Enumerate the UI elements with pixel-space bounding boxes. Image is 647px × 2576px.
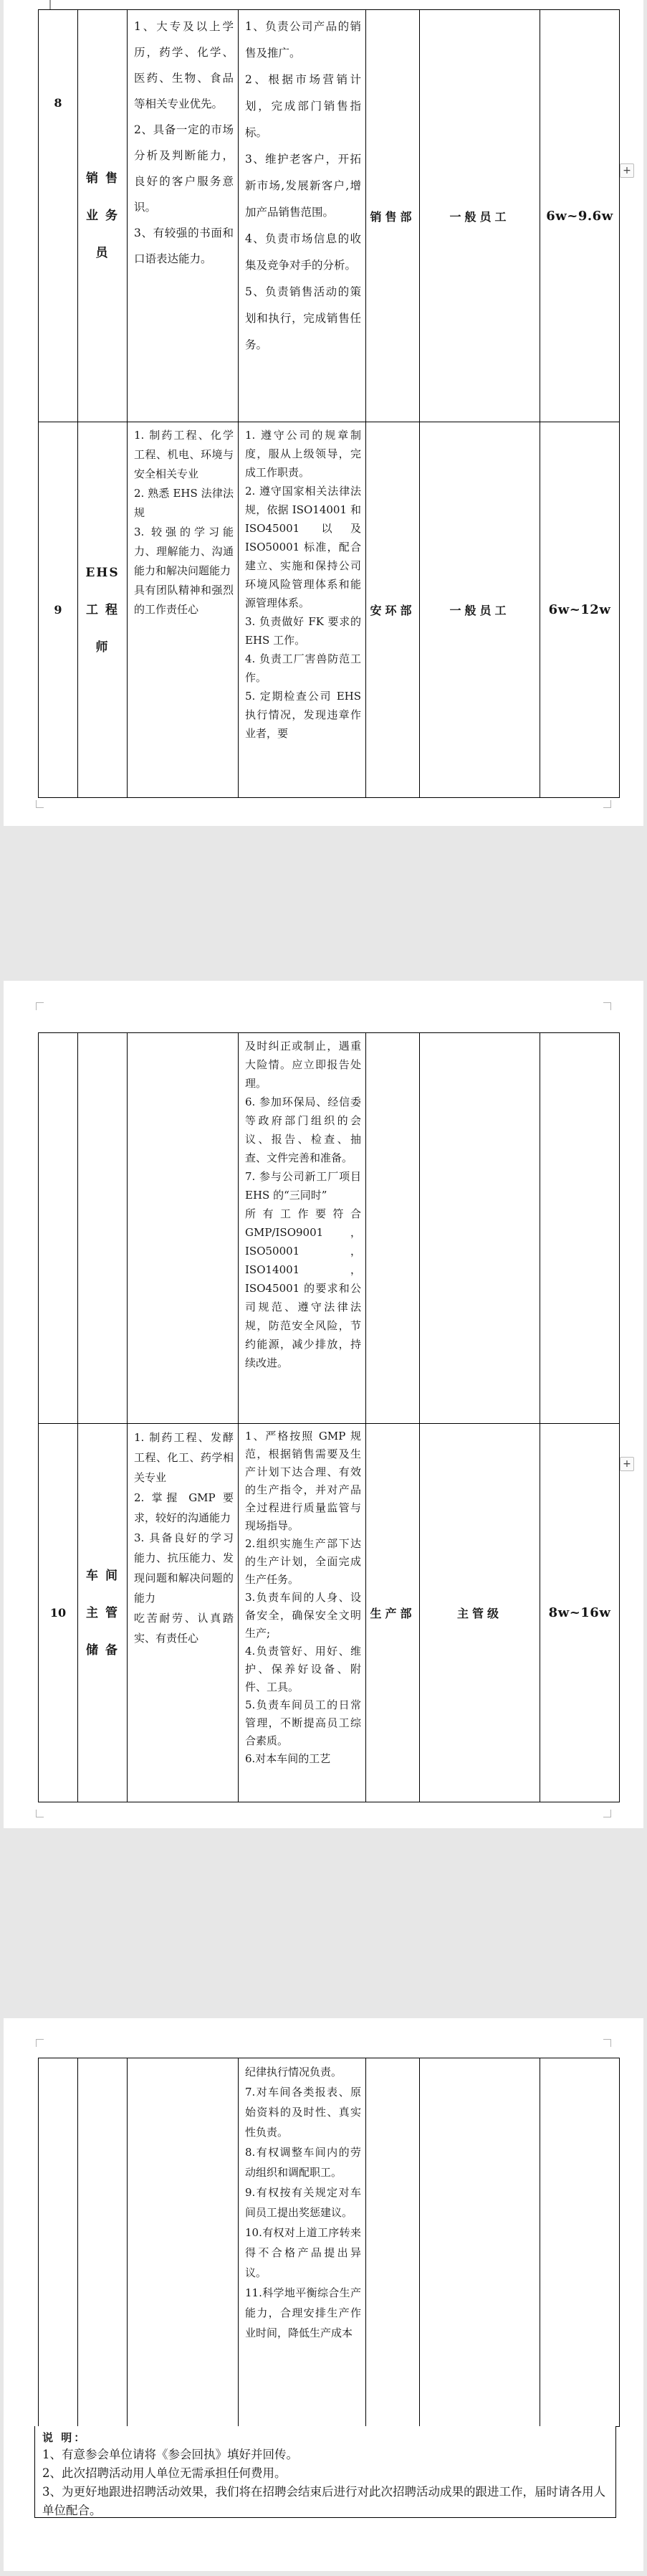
recruitment-table-page3: 纪律执行情况负责。 7.对车间各类报表、原始资料的及时性、真实性负责。 8.有权… bbox=[38, 2058, 620, 2427]
row10-position-cell: 车 间 主 管 储 备 bbox=[78, 1424, 128, 1802]
row9-department-cell: 安环部 bbox=[366, 422, 420, 797]
row9-duties-cell-page1: 1. 遵守公司的规章制度，服从上级领导，完成工作职责。 2. 遵守国家相关法律法… bbox=[239, 422, 366, 797]
notes-section: 说 明： 1、有意参会单位请将《参会回执》填好并回传。 2、此次招聘活动用人单位… bbox=[34, 2426, 616, 2518]
row8-duties-cell: 1、负责公司产品的销售及推广。 2、根据市场营销计划，完成部门销售指标。 3、维… bbox=[239, 10, 366, 422]
crop-mark bbox=[603, 1810, 611, 1817]
row10cont-department-cell bbox=[366, 2058, 420, 2426]
row9-duties-cell-page2: 及时纠正或制止，遇重大险情。应立即报告处理。 6. 参加环保局、经信委等政府部门… bbox=[239, 1033, 366, 1424]
row10-requirements-cell: 1. 制药工程、发酵工程、化工、药学相关专业 2. 掌握 GMP 要求，较好的沟… bbox=[128, 1424, 239, 1802]
row8-salary-cell: 6w~9.6w bbox=[540, 10, 619, 422]
row10cont-position-cell bbox=[78, 2058, 128, 2426]
page-gap bbox=[0, 2571, 647, 2576]
row8-number-cell: 8 bbox=[39, 10, 78, 422]
row9cont-department-cell bbox=[366, 1033, 420, 1424]
crop-mark bbox=[36, 1002, 44, 1010]
page-2: 及时纠正或制止，遇重大险情。应立即报告处理。 6. 参加环保局、经信委等政府部门… bbox=[4, 981, 643, 1828]
row9cont-requirements-cell bbox=[128, 1033, 239, 1424]
plus-button[interactable]: + bbox=[620, 163, 634, 178]
row9cont-position-cell bbox=[78, 1033, 128, 1424]
recruitment-table-page2: 及时纠正或制止，遇重大险情。应立即报告处理。 6. 参加环保局、经信委等政府部门… bbox=[38, 1032, 620, 1802]
crop-mark bbox=[36, 1810, 44, 1817]
row9cont-number-cell bbox=[39, 1033, 78, 1424]
row10cont-level-cell bbox=[420, 2058, 540, 2426]
row9-salary-cell: 6w~12w bbox=[540, 422, 619, 797]
crop-mark bbox=[36, 2039, 44, 2047]
crop-mark bbox=[603, 1002, 611, 1010]
margin-mark bbox=[49, 0, 51, 9]
page-1: 8 销 售 业 务 员 1、大专及以上学历，药学、化学、医药、生物、食品等相关专… bbox=[4, 0, 643, 826]
crop-mark bbox=[603, 2039, 611, 2047]
row10cont-number-cell bbox=[39, 2058, 78, 2426]
plus-button[interactable]: + bbox=[620, 1457, 634, 1471]
row8-position-cell: 销 售 业 务 员 bbox=[78, 10, 128, 422]
row9cont-salary-cell bbox=[540, 1033, 619, 1424]
row9-level-cell: 一般员工 bbox=[420, 422, 540, 797]
row10-department-cell: 生产部 bbox=[366, 1424, 420, 1802]
notes-item-2: 2、此次招聘活动用人单位无需承担任何费用。 bbox=[42, 2464, 608, 2483]
row8-requirements-cell: 1、大专及以上学历，药学、化学、医药、生物、食品等相关专业优先。 2、具备一定的… bbox=[128, 10, 239, 422]
row9-requirements-cell: 1. 制药工程、化学工程、机电、环境与安全相关专业 2. 熟悉 EHS 法律法规… bbox=[128, 422, 239, 797]
row8-level-cell: 一般员工 bbox=[420, 10, 540, 422]
row10-duties-cell-page3: 纪律执行情况负责。 7.对车间各类报表、原始资料的及时性、真实性负责。 8.有权… bbox=[239, 2058, 366, 2426]
recruitment-table-page1: 8 销 售 业 务 员 1、大专及以上学历，药学、化学、医药、生物、食品等相关专… bbox=[38, 9, 620, 798]
row10cont-salary-cell bbox=[540, 2058, 619, 2426]
notes-heading: 说 明： bbox=[42, 2430, 608, 2446]
notes-item-1: 1、有意参会单位请将《参会回执》填好并回传。 bbox=[42, 2446, 608, 2464]
row8-department-cell: 销售部 bbox=[366, 10, 420, 422]
row9cont-level-cell bbox=[420, 1033, 540, 1424]
notes-item-3: 3、为更好地跟进招聘活动效果，我们将在招聘会结束后进行对此次招聘活动成果的跟进工… bbox=[42, 2483, 608, 2518]
row10cont-requirements-cell bbox=[128, 2058, 239, 2426]
row9-position-cell: EHS 工 程 师 bbox=[78, 422, 128, 797]
row10-salary-cell: 8w~16w bbox=[540, 1424, 619, 1802]
crop-mark bbox=[603, 800, 611, 808]
crop-mark bbox=[36, 800, 44, 808]
row10-number-cell: 10 bbox=[39, 1424, 78, 1802]
row9-number-cell: 9 bbox=[39, 422, 78, 797]
row10-level-cell: 主管级 bbox=[420, 1424, 540, 1802]
document-viewport: 8 销 售 业 务 员 1、大专及以上学历，药学、化学、医药、生物、食品等相关专… bbox=[0, 0, 647, 2576]
row10-duties-cell-page2: 1、严格按照 GMP 规范，根据销售需要及生产计划下达合理、有效的生产指令，并对… bbox=[239, 1424, 366, 1802]
